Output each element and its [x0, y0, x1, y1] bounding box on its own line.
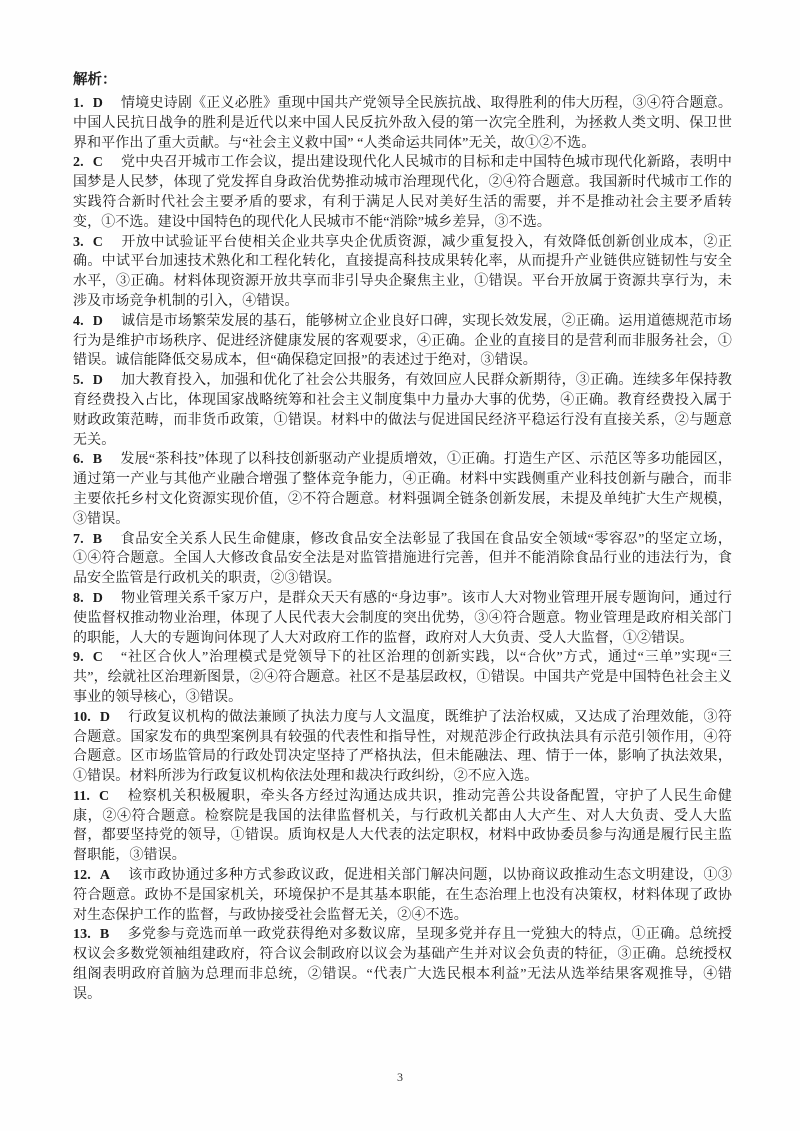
- item-explanation: 该市政协通过多种方式参政议政，促进相关部门解决问题，以协商议政推动生态文明建设，…: [73, 868, 732, 923]
- item-answer: C: [93, 235, 103, 250]
- item-explanation: 开放中试验证平台使相关企业共享央企优质资源，减少重复投入，有效降低创新创业成本，…: [73, 235, 732, 309]
- item-explanation: 情境史诗剧《正义必胜》重现中国共产党领导全民族抗战、取得胜利的伟大历程，③④符合…: [73, 96, 732, 151]
- answer-item-4: 4.D诚信是市场繁荣发展的基石，能够树立企业良好口碑，实现长效发展，②正确。运用…: [73, 312, 732, 371]
- item-explanation: 食品安全关系人民生命健康，修改食品安全法彰显了我国在食品安全领域“零容忍”的坚定…: [73, 532, 732, 587]
- item-answer: C: [99, 789, 109, 804]
- answer-item-7: 7.B食品安全关系人民生命健康，修改食品安全法彰显了我国在食品安全领域“零容忍”…: [73, 530, 732, 589]
- answer-item-12: 12.A该市政协通过多种方式参政议政，促进相关部门解决问题，以协商议政推动生态文…: [73, 866, 732, 925]
- item-number: 9.: [73, 650, 84, 665]
- item-answer: D: [93, 591, 103, 606]
- item-answer: D: [100, 710, 110, 725]
- item-explanation: 检察机关积极履职，牵头各方经过沟通达成共识，推动完善公共设备配置，守护了人民生命…: [73, 789, 732, 863]
- item-explanation: 多党参与竞选而单一政党获得绝对多数议席，呈现多党并存且一党独大的特点，①正确。总…: [73, 927, 732, 1001]
- item-number: 12.: [73, 868, 91, 883]
- item-number: 8.: [73, 591, 84, 606]
- answers-content: 解析： 1.D情境史诗剧《正义必胜》重现中国共产党领导全民族抗战、取得胜利的伟大…: [73, 70, 732, 1005]
- item-answer: D: [93, 373, 103, 388]
- answer-item-3: 3.C开放中试验证平台使相关企业共享央企优质资源，减少重复投入，有效降低创新创业…: [73, 233, 732, 312]
- answer-item-6: 6.B发展“茶科技”体现了以科技创新驱动产业提质增效，①正确。打造生产区、示范区…: [73, 450, 732, 529]
- item-number: 4.: [73, 314, 84, 329]
- item-answer: B: [93, 532, 102, 547]
- item-answer: C: [93, 155, 103, 170]
- item-number: 5.: [73, 373, 84, 388]
- item-answer: C: [93, 650, 103, 665]
- item-answer: D: [93, 314, 103, 329]
- item-explanation: 党中央召开城市工作会议，提出建设现代化人民城市的目标和走中国特色城市现代化新路，…: [73, 155, 732, 229]
- item-number: 10.: [73, 710, 91, 725]
- answer-item-9: 9.C“社区合伙人”治理模式是党领导下的社区治理的创新实践，以“合伙”方式，通过…: [73, 648, 732, 707]
- item-number: 13.: [73, 927, 91, 942]
- answer-item-1: 1.D情境史诗剧《正义必胜》重现中国共产党领导全民族抗战、取得胜利的伟大历程，③…: [73, 94, 732, 153]
- item-answer: B: [93, 452, 102, 467]
- item-explanation: 发展“茶科技”体现了以科技创新驱动产业提质增效，①正确。打造生产区、示范区等多功…: [73, 452, 732, 526]
- item-answer: A: [100, 868, 110, 883]
- item-explanation: 诚信是市场繁荣发展的基石，能够树立企业良好口碑，实现长效发展，②正确。运用道德规…: [73, 314, 732, 369]
- item-explanation: 物业管理关系千家万户，是群众天天有感的“身边事”。该市人大对物业管理开展专题询问…: [73, 591, 732, 646]
- item-number: 1.: [73, 96, 84, 111]
- answer-item-5: 5.D加大教育投入，加强和优化了社会公共服务，有效回应人民群众新期待，③正确。连…: [73, 371, 732, 450]
- page-number: 3: [0, 1070, 800, 1085]
- item-number: 6.: [73, 452, 84, 467]
- answer-item-11: 11.C检察机关积极履职，牵头各方经过沟通达成共识，推动完善公共设备配置，守护了…: [73, 787, 732, 866]
- answer-item-13: 13.B多党参与竞选而单一政党获得绝对多数议席，呈现多党并存且一党独大的特点，①…: [73, 925, 732, 1004]
- answer-item-2: 2.C党中央召开城市工作会议，提出建设现代化人民城市的目标和走中国特色城市现代化…: [73, 153, 732, 232]
- item-explanation: 行政复议机构的做法兼顾了执法力度与人文温度，既维护了法治权威，又达成了治理效能，…: [73, 710, 732, 784]
- answer-item-10: 10.D行政复议机构的做法兼顾了执法力度与人文温度，既维护了法治权威，又达成了治…: [73, 708, 732, 787]
- item-number: 7.: [73, 532, 84, 547]
- answer-item-8: 8.D物业管理关系千家万户，是群众天天有感的“身边事”。该市人大对物业管理开展专…: [73, 589, 732, 648]
- item-explanation: “社区合伙人”治理模式是党领导下的社区治理的创新实践，以“合伙”方式，通过“三单…: [73, 650, 732, 705]
- item-number: 11.: [73, 789, 90, 804]
- item-answer: B: [100, 927, 109, 942]
- answers-heading: 解析：: [73, 70, 732, 90]
- item-answer: D: [93, 96, 103, 111]
- item-number: 3.: [73, 235, 84, 250]
- document-page: 解析： 1.D情境史诗剧《正义必胜》重现中国共产党领导全民族抗战、取得胜利的伟大…: [0, 0, 800, 1131]
- item-explanation: 加大教育投入，加强和优化了社会公共服务，有效回应人民群众新期待，③正确。连续多年…: [73, 373, 732, 447]
- item-number: 2.: [73, 155, 84, 170]
